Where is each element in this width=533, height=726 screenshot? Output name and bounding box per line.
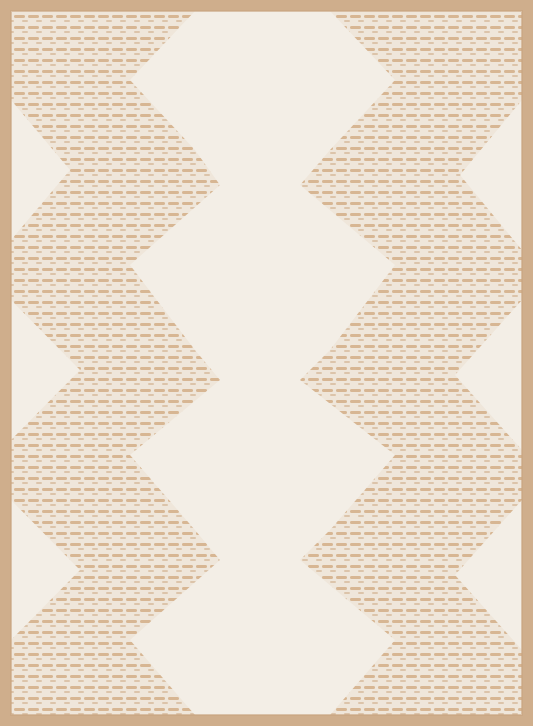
rug-photo <box>0 0 533 726</box>
rug-illustration <box>0 0 533 726</box>
